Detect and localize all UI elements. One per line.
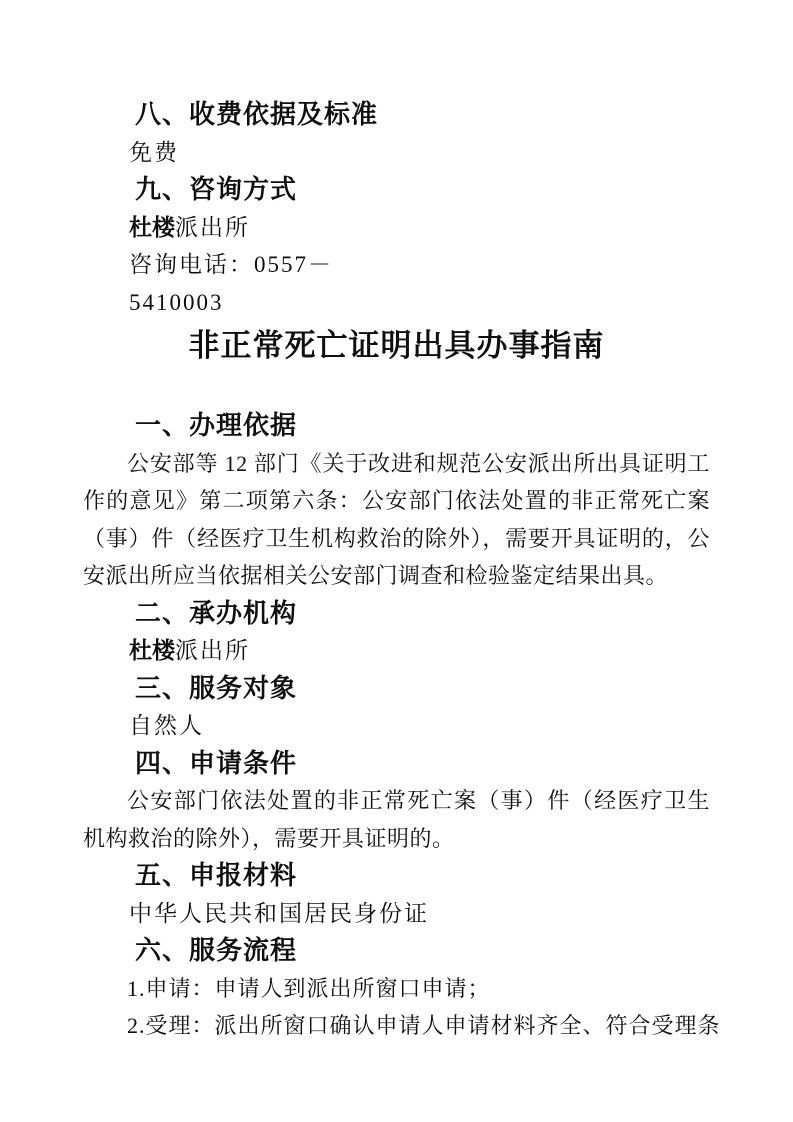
consult-office-name-bold: 杜楼 xyxy=(129,214,175,240)
basis-paragraph: 公安部等 12 部门《关于改进和规范公安派出所出具证明工作的意见》第二项第六条：… xyxy=(83,445,710,595)
consult-phone-continued: 5410003 xyxy=(83,284,710,322)
agency-office-name-bold: 杜楼 xyxy=(129,637,175,663)
consult-office-name-rest: 派出所 xyxy=(175,215,250,240)
agency-office-name-rest: 派出所 xyxy=(175,638,250,663)
materials-value: 中华人民共和国居民身份证 xyxy=(83,895,710,933)
document-page: 八、收费依据及标准 免费 九、咨询方式 杜楼派出所 咨询电话：0557－ 541… xyxy=(0,0,793,1122)
basis-heading: 一、办理依据 xyxy=(83,407,710,445)
materials-heading: 五、申报材料 xyxy=(83,857,710,895)
agency-office-line: 杜楼派出所 xyxy=(83,632,710,670)
fee-basis-value: 免费 xyxy=(83,134,710,172)
agency-heading: 二、承办机构 xyxy=(83,595,710,633)
process-step-1: 1.申请：申请人到派出所窗口申请； xyxy=(83,970,710,1008)
consult-phone-line: 咨询电话：0557－ xyxy=(83,246,710,284)
conditions-heading: 四、申请条件 xyxy=(83,745,710,783)
conditions-paragraph: 公安部门依法处置的非正常死亡案（事）件（经医疗卫生机构救治的除外），需要开具证明… xyxy=(83,782,710,857)
audience-value: 自然人 xyxy=(83,707,710,745)
audience-heading: 三、服务对象 xyxy=(83,670,710,708)
process-step-2: 2.受理：派出所窗口确认申请人申请材料齐全、符合受理条 xyxy=(83,1007,710,1045)
title-spacer xyxy=(83,371,710,407)
process-heading: 六、服务流程 xyxy=(83,932,710,970)
document-title: 非正常死亡证明出具办事指南 xyxy=(83,321,710,371)
consult-office-line: 杜楼派出所 xyxy=(83,209,710,247)
consult-method-heading: 九、咨询方式 xyxy=(83,171,710,209)
page-content: 八、收费依据及标准 免费 九、咨询方式 杜楼派出所 咨询电话：0557－ 541… xyxy=(0,0,793,1045)
fee-basis-heading: 八、收费依据及标准 xyxy=(83,96,710,134)
